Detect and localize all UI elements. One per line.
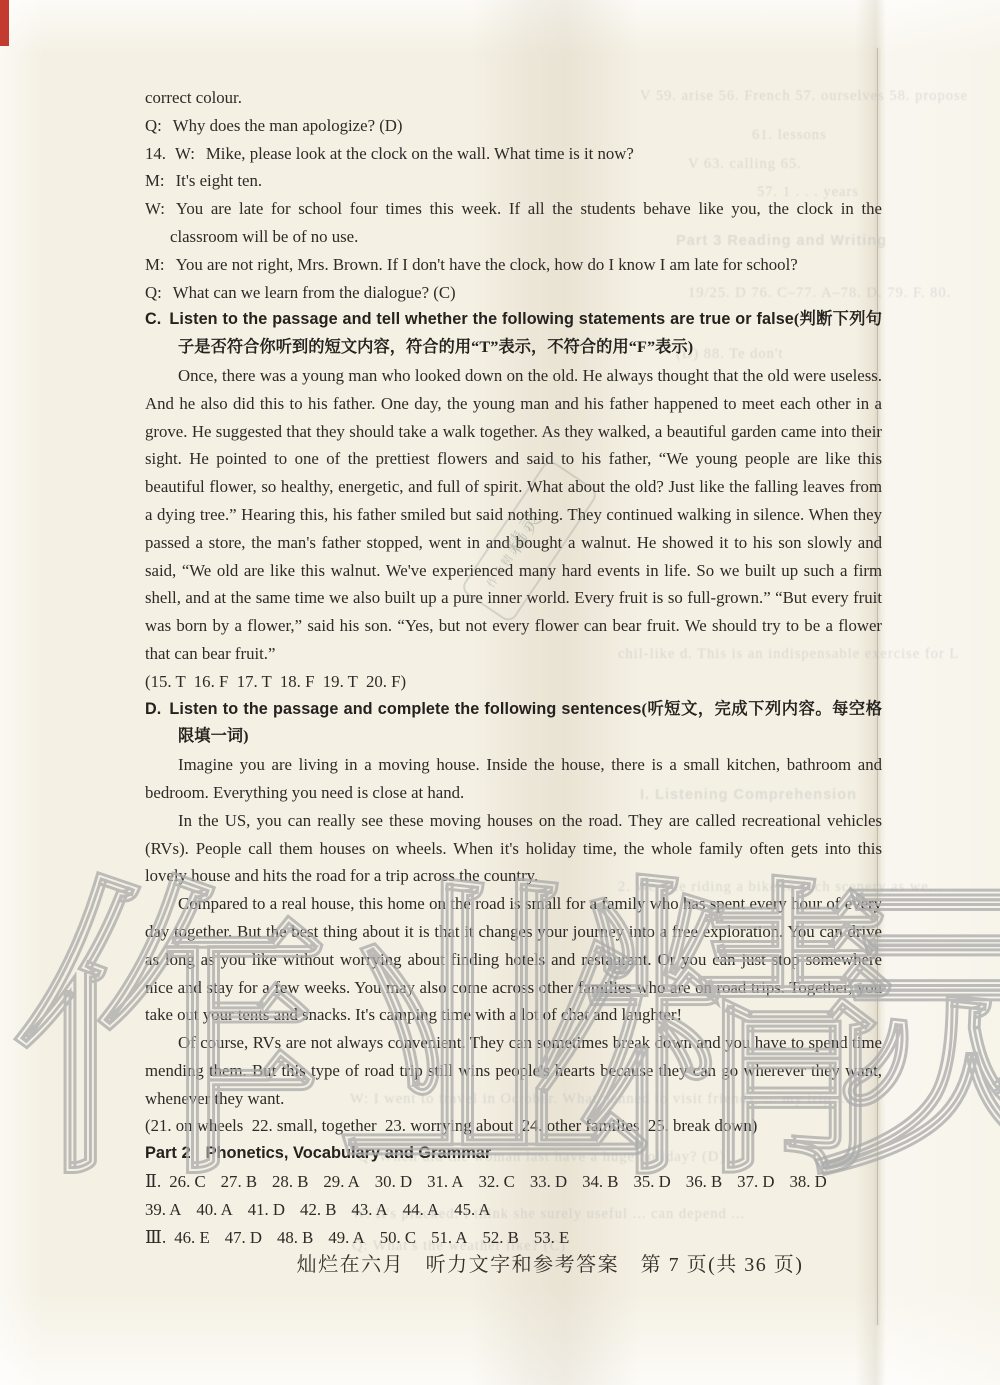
page-content: correct colour. Q:Why does the man apolo… — [145, 84, 882, 1251]
answer-item: 27. B — [221, 1172, 257, 1191]
answer-item: 53. E — [534, 1228, 569, 1247]
answer-item: 46. E — [174, 1228, 209, 1247]
section-d-heading: D.Listen to the passage and complete the… — [145, 696, 882, 752]
answer-item: 29. A — [323, 1172, 359, 1191]
dialogue-text: You are not right, Mrs. Brown. If I don'… — [176, 255, 798, 274]
section-c-passage: Once, there was a young man who looked d… — [145, 362, 882, 668]
answer-items: 26. C27. B28. B29. A30. D31. A32. C33. D… — [169, 1172, 841, 1191]
section-d-answers: (21. on wheels 22. small, together 23. w… — [145, 1112, 882, 1140]
dialogue-text: You are late for school four times this … — [170, 199, 882, 246]
answer-item: 43. A — [351, 1200, 387, 1219]
dialogue-item-14-line-1: 14.W:Mike, please look at the clock on t… — [145, 140, 882, 168]
speaker-label: Q: — [145, 283, 162, 302]
answer-item: 47. D — [225, 1228, 262, 1247]
section-c-answers: (15. T 16. F 17. T 18. F 19. T 20. F) — [145, 668, 882, 696]
dialogue-continuation-line: correct colour. — [145, 84, 882, 112]
answer-item: 42. B — [300, 1200, 336, 1219]
answer-item: 37. D — [737, 1172, 774, 1191]
dialogue-item-14-line-2: M:It's eight ten. — [145, 167, 882, 195]
answer-item: 44. A — [403, 1200, 439, 1219]
section-label: D. — [145, 700, 161, 718]
answer-items: 46. E47. D48. B49. A50. C51. A52. B53. E — [174, 1228, 584, 1247]
dialogue-item-14-line-3: W:You are late for school four times thi… — [145, 195, 882, 251]
part2-title: Phonetics, Vocabulary and Grammar — [206, 1144, 492, 1162]
section-d-paragraph-3: Compared to a real house, this home on t… — [145, 890, 882, 1029]
roman-numeral-marker: Ⅱ. — [145, 1171, 161, 1191]
dialogue-text: Why does the man apologize? (D) — [173, 116, 403, 135]
answer-item: 45. A — [454, 1200, 490, 1219]
answer-item: 31. A — [427, 1172, 463, 1191]
roman-numeral-marker: Ⅲ. — [145, 1227, 166, 1247]
answer-item: 51. A — [431, 1228, 467, 1247]
answer-row-2: Ⅱ.26. C27. B28. B29. A30. D31. A32. C33.… — [145, 1168, 882, 1196]
answer-item: 26. C — [169, 1172, 205, 1191]
section-label: C. — [145, 310, 161, 328]
item-number: 14. — [145, 144, 166, 163]
page-footer: 灿烂在六月 听力文字和参考答案 第 7 页(共 36 页) — [0, 1248, 1000, 1277]
answer-item: 50. C — [380, 1228, 416, 1247]
section-d-paragraph-4: Of course, RVs are not always convenient… — [145, 1029, 882, 1112]
section-title-en: Listen to the passage and complete the f… — [169, 700, 641, 718]
answer-item: 49. A — [328, 1228, 364, 1247]
scanned-answer-page: V 59. arise 56. French 57. ourselves 58.… — [0, 0, 1000, 1385]
section-c-heading: C.Listen to the passage and tell whether… — [145, 306, 882, 362]
dialogue-question-13: Q:Why does the man apologize? (D) — [145, 112, 882, 140]
speaker-label: M: — [145, 255, 165, 274]
dialogue-text: What can we learn from the dialogue? (C) — [173, 283, 456, 302]
section-d-paragraph-1: Imagine you are living in a moving house… — [145, 751, 882, 807]
answer-item: 32. C — [478, 1172, 514, 1191]
dialogue-item-14-line-4: M:You are not right, Mrs. Brown. If I do… — [145, 251, 882, 279]
answer-row-2-continued: 39. A40. A41. D42. B43. A44. A45. A — [145, 1196, 882, 1224]
speaker-label: W: — [145, 199, 165, 218]
speaker-label: W: — [175, 144, 195, 163]
dialogue-item-14-question: Q:What can we learn from the dialogue? (… — [145, 279, 882, 307]
answer-item: 35. D — [634, 1172, 671, 1191]
answer-item: 52. B — [483, 1228, 519, 1247]
speaker-label: M: — [145, 171, 165, 190]
answer-item: 39. A — [145, 1200, 181, 1219]
section-d-paragraph-2: In the US, you can really see these movi… — [145, 807, 882, 890]
section-title-en: Listen to the passage and tell whether t… — [169, 310, 794, 328]
answer-items: 39. A40. A41. D42. B43. A44. A45. A — [145, 1200, 506, 1219]
answer-item: 30. D — [375, 1172, 412, 1191]
answer-item: 36. B — [686, 1172, 722, 1191]
scan-edge-red-mark — [0, 0, 9, 46]
answer-item: 41. D — [248, 1200, 285, 1219]
answer-item: 38. D — [789, 1172, 826, 1191]
dialogue-text: It's eight ten. — [176, 171, 262, 190]
dialogue-text: Mike, please look at the clock on the wa… — [206, 144, 634, 163]
answer-item: 40. A — [196, 1200, 232, 1219]
answer-item: 34. B — [582, 1172, 618, 1191]
answer-item: 48. B — [277, 1228, 313, 1247]
part2-label: Part 2 — [145, 1144, 191, 1162]
speaker-label: Q: — [145, 116, 162, 135]
part2-heading: Part 2Phonetics, Vocabulary and Grammar — [145, 1140, 882, 1168]
answer-item: 33. D — [530, 1172, 567, 1191]
answer-item: 28. B — [272, 1172, 308, 1191]
